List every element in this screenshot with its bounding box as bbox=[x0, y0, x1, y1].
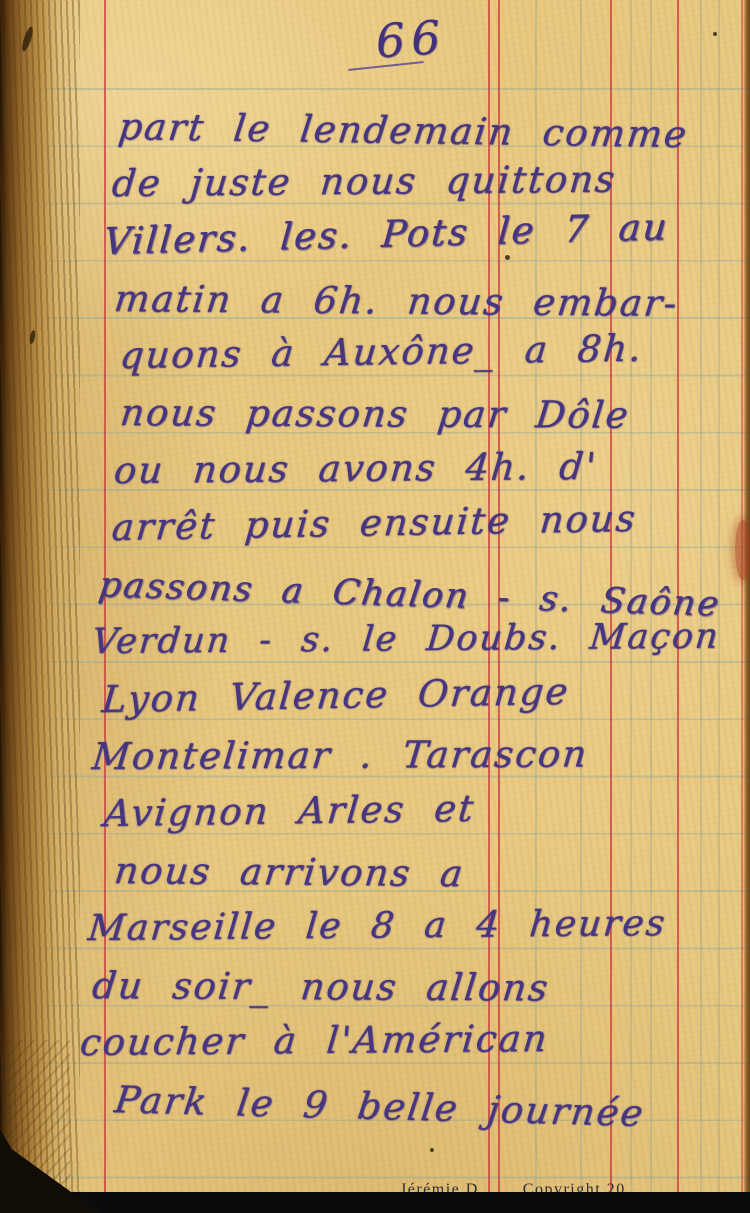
handwriting-line: coucher à l'Américan bbox=[78, 1017, 551, 1065]
scan-bottom-border bbox=[0, 1192, 750, 1213]
handwriting-line: ou nous avons 4h. d' bbox=[112, 445, 599, 493]
handwriting-line: arrêt puis ensuite nous bbox=[110, 497, 639, 550]
binding-edge bbox=[0, 0, 80, 1213]
handwriting-line: Lyon Valence Orange bbox=[100, 670, 571, 722]
ink-speck bbox=[505, 255, 510, 260]
handwriting-line: Avignon Arles et bbox=[102, 787, 477, 836]
stain bbox=[735, 520, 750, 580]
ink-speck bbox=[713, 32, 717, 36]
handwriting-line: nous arrivons a bbox=[112, 849, 467, 896]
handwriting-line: Verdun - s. le Doubs. Maçon bbox=[90, 614, 722, 664]
handwriting-line: part le lendemain comme bbox=[116, 105, 691, 157]
handwriting-line: Montelimar . Tarascon bbox=[90, 732, 590, 779]
page-number: 66 bbox=[354, 8, 467, 70]
ink-speck bbox=[430, 1148, 434, 1152]
page-right-edge bbox=[743, 0, 750, 1213]
handwriting-line: Marseille le 8 a 4 heures bbox=[86, 902, 668, 951]
handwriting-line: quons à Auxône_ a 8h. bbox=[118, 327, 645, 378]
handwriting-line: nous passons par Dôle bbox=[118, 391, 632, 438]
handwriting-line: matin a 6h. nous embar- bbox=[112, 277, 681, 326]
handwriting-line: du soir_ nous allons bbox=[90, 964, 552, 1010]
handwriting-line: de juste nous quittons bbox=[110, 158, 618, 206]
notebook-page-scan: 66 part le lendemain comme de juste nous… bbox=[0, 0, 750, 1213]
